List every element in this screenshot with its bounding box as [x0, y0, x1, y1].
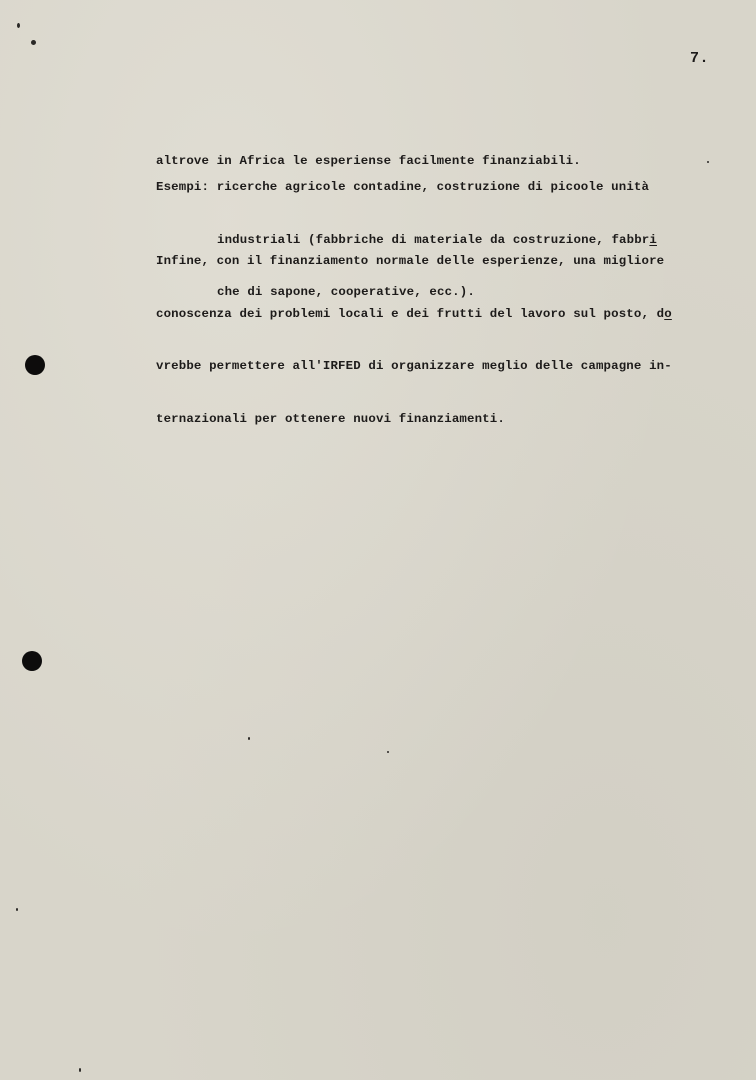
speck-mark: [17, 23, 20, 28]
punch-hole-icon: [22, 651, 42, 671]
speck-mark: [707, 161, 709, 163]
text-segment: conoscenza dei problemi locali e dei fru…: [156, 307, 664, 321]
page-number: 7.: [690, 50, 709, 67]
punch-hole-icon: [25, 355, 45, 375]
examples-label: Esempi:: [156, 180, 209, 194]
speck-mark: [387, 751, 389, 753]
speck-mark: [248, 737, 250, 740]
examples-line-1: Esempi: ricerche agricole contadine, cos…: [156, 179, 657, 197]
speck-mark: [79, 1068, 81, 1072]
speck-mark: [31, 40, 36, 45]
paragraph-conclusion: Infine, con il finanziamento normale del…: [156, 218, 672, 463]
speck-mark: [16, 908, 18, 911]
text-line: Infine, con il finanziamento normale del…: [156, 253, 672, 271]
text-segment: ricerche agricole contadine, costruzione…: [209, 180, 649, 194]
text-line: ternazionali per ottenere nuovi finanzia…: [156, 411, 672, 429]
underlined-hyphen-part: o: [664, 307, 672, 321]
text-line: vrebbe permettere all'IRFED di organizza…: [156, 358, 672, 376]
text-line: conoscenza dei problemi locali e dei fru…: [156, 306, 672, 324]
document-page: 7. altrove in Africa le esperiense facil…: [0, 0, 756, 1080]
